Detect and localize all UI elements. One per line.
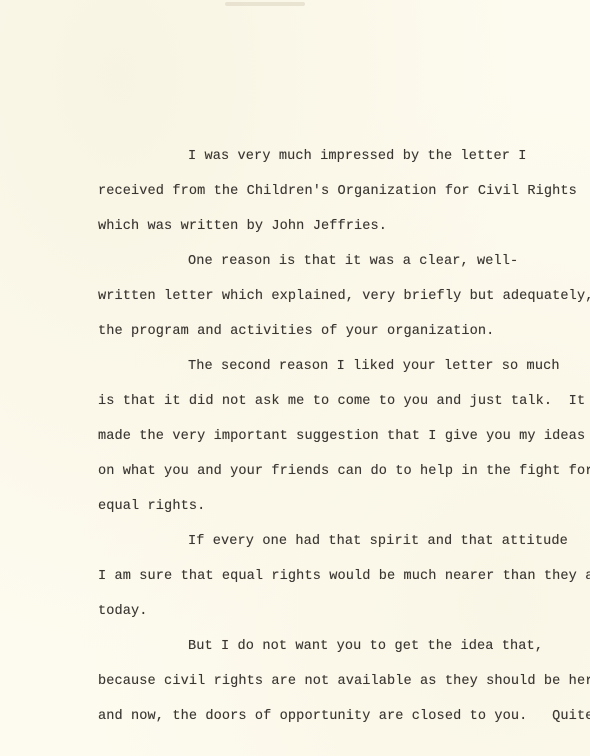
paragraph-3-line-1: The second reason I liked your letter so… xyxy=(188,359,560,375)
paragraph-2-line-3: the program and activities of your organ… xyxy=(98,324,494,340)
typewritten-letter-page: I was very much impressed by the letter … xyxy=(0,0,590,756)
paragraph-1-line-2: received from the Children's Organizatio… xyxy=(98,184,577,200)
paragraph-5-line-2: because civil rights are not available a… xyxy=(98,674,590,690)
paragraph-3-line-4: on what you and your friends can do to h… xyxy=(98,464,590,480)
paragraph-2-line-2: written letter which explained, very bri… xyxy=(98,289,590,305)
paragraph-5-line-1: But I do not want you to get the idea th… xyxy=(188,639,543,655)
bleed-through-mark xyxy=(225,2,305,6)
paragraph-1-line-3: which was written by John Jeffries. xyxy=(98,219,387,235)
paragraph-1-line-1: I was very much impressed by the letter … xyxy=(188,149,527,165)
paragraph-5-line-3: and now, the doors of opportunity are cl… xyxy=(98,709,590,725)
paragraph-3-line-3: made the very important suggestion that … xyxy=(98,429,585,445)
paragraph-4-line-1: If every one had that spirit and that at… xyxy=(188,534,568,550)
paragraph-2-line-1: One reason is that it was a clear, well- xyxy=(188,254,518,270)
paragraph-3-line-5: equal rights. xyxy=(98,499,205,515)
paragraph-4-line-2: I am sure that equal rights would be muc… xyxy=(98,569,590,585)
paragraph-4-line-3: today. xyxy=(98,604,148,620)
paragraph-3-line-2: is that it did not ask me to come to you… xyxy=(98,394,585,410)
